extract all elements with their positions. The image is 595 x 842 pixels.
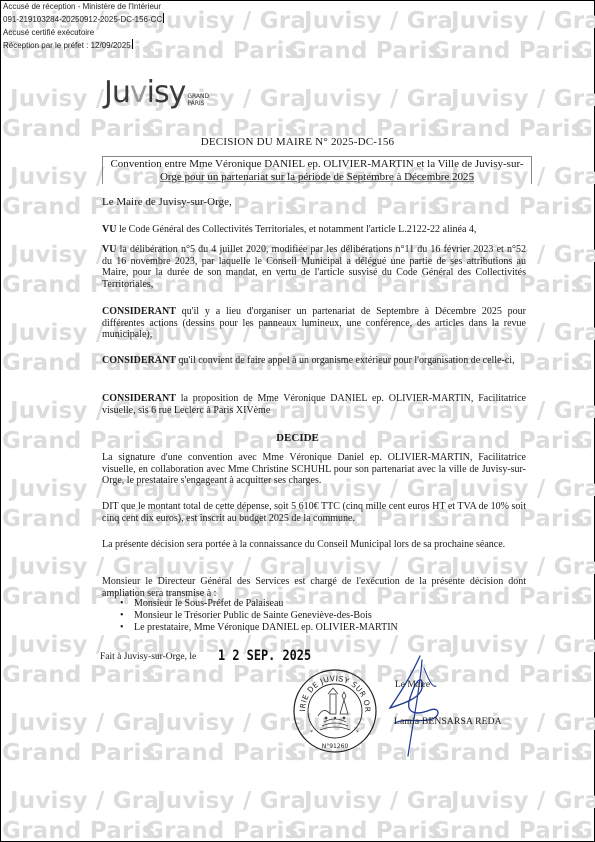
recipients-list: Monsieur le Sous-Préfet de Palaiseau Mon… (120, 598, 398, 634)
article-3: La présente décision sera portée à la co… (102, 539, 526, 551)
town-hall-seal-icon: MAIRIE DE JUVISY SUR ORGE N°91260 * * (292, 668, 378, 754)
svg-text:*: * (310, 730, 313, 736)
vu-paragraph-1: VU le Code Général des Collectivités Ter… (102, 224, 526, 236)
svg-text:MAIRIE DE JUVISY SUR ORGE: MAIRIE DE JUVISY SUR ORGE (292, 668, 372, 713)
subject-line-2: Orge pour un partenariat sur la période … (105, 171, 529, 184)
considerant-label: CONSIDERANT (102, 355, 176, 366)
recipient-item: Monsieur le Sous-Préfet de Palaiseau (120, 598, 398, 610)
receipt-date: Réception par le préfet : 12/09/2025 (3, 41, 131, 50)
recipient-item: Monsieur le Trésorier Public de Sainte G… (120, 610, 398, 622)
receipt-stamp: Accusé de réception - Ministère de l'Int… (3, 0, 164, 52)
juvisy-logo: Juvisy GRANDPARIS (104, 78, 209, 108)
considerant-paragraph-1: CONSIDERANT qu'il y a lieu d'organiser u… (102, 306, 526, 341)
vu-text: la délibération n°5 du 4 juillet 2020, m… (102, 244, 526, 290)
svg-text:N°91260: N°91260 (322, 743, 349, 750)
considerant-text: qu'il convient de faire appel à un organ… (176, 355, 515, 366)
mayor-signature-icon (380, 648, 460, 758)
signed-at-label: Fait à Juvisy-sur-Orge, le (100, 652, 196, 662)
logo-part: isy (147, 75, 186, 110)
receipt-line-2: 091-219103284-20250912-2025-DC-156-CC (3, 13, 164, 26)
receipt-reference: 091-219103284-20250912-2025-DC-156-CC (3, 15, 162, 24)
text-cursor (132, 39, 133, 49)
logo-sub-grand: GRAND (187, 93, 209, 100)
subject-line-1: Convention entre Mme Véronique DANIEL ep… (105, 158, 529, 171)
svg-text:*: * (356, 730, 359, 736)
vu-label: VU (102, 224, 116, 235)
article-4: Monsieur le Directeur Général des Servic… (102, 576, 526, 599)
receipt-line-1: Accusé de réception - Ministère de l'Int… (3, 0, 164, 13)
document-title: DECISION DU MAIRE N° 2025-DC-156 (0, 136, 595, 148)
considerant-paragraph-2: CONSIDERANT qu'il convient de faire appe… (102, 355, 526, 367)
logo-wordmark: Juvisy (104, 78, 185, 108)
decide-heading: DECIDE (0, 432, 595, 444)
text-cursor (163, 13, 164, 23)
logo-part: Ju (104, 75, 130, 110)
receipt-line-3: Accusé certifié exécutoire (3, 26, 164, 39)
mayor-title: Le Maire (395, 680, 430, 690)
mayor-name: Lamia BENSARSA REDA (394, 717, 502, 727)
considerant-label: CONSIDERANT (102, 306, 176, 317)
date-stamp: 1 2 SEP. 2025 (218, 648, 311, 664)
receipt-line-4: Réception par le préfet : 12/09/2025 (3, 39, 164, 52)
logo-subtitle: GRANDPARIS (187, 93, 209, 107)
recipient-item: Le prestataire, Mme Véronique DANIEL ep.… (120, 622, 398, 634)
considerant-label: CONSIDERANT (102, 393, 176, 404)
document-content: Juvisy GRANDPARIS DECISION DU MAIRE N° 2… (0, 0, 595, 842)
vu-label: VU (102, 244, 116, 255)
article-1: La signature d'une convention avec Mme V… (102, 452, 526, 487)
considerant-paragraph-3: CONSIDERANT la proposition de Mme Véroni… (102, 393, 526, 416)
opening-line: Le Maire de Juvisy-sur-Orge, (102, 197, 526, 209)
vu-paragraph-2: VU la délibération n°5 du 4 juillet 2020… (102, 244, 526, 290)
subject-box: Convention entre Mme Véronique DANIEL ep… (102, 156, 532, 184)
logo-sub-paris: PARIS (187, 100, 204, 107)
logo-part-v: v (130, 75, 147, 110)
article-2: DIT que le montant total de cette dépens… (102, 501, 526, 524)
vu-text: le Code Général des Collectivités Territ… (116, 224, 476, 235)
